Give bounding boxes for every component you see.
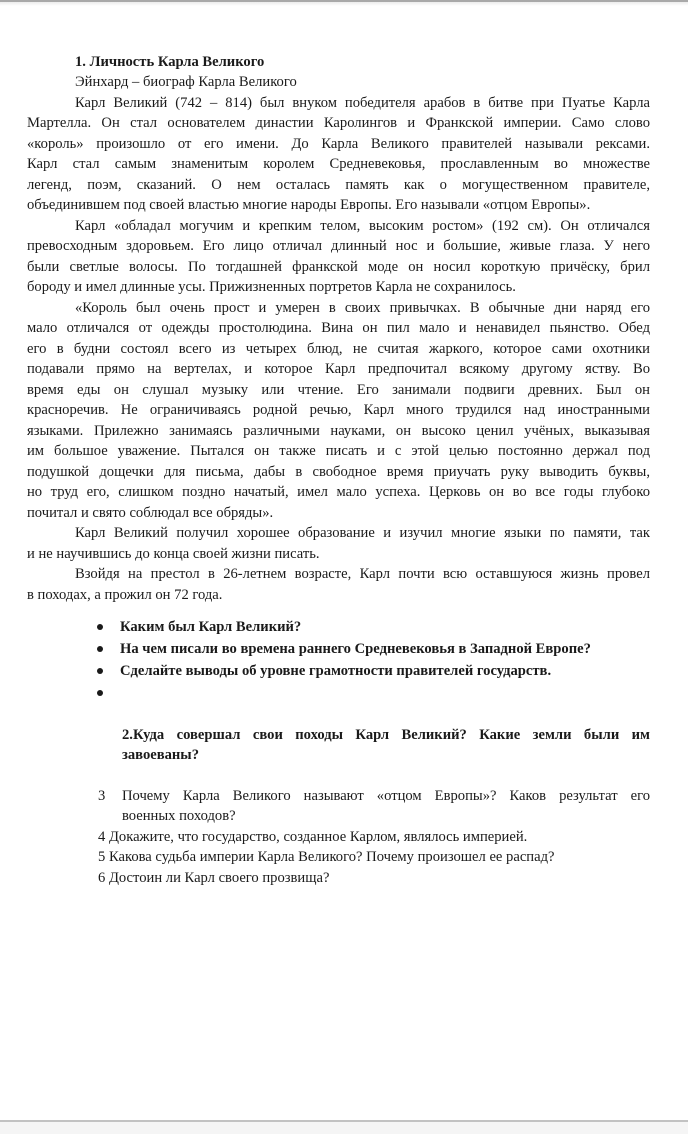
text-line: «король» произошло от его имени. До Карл…	[27, 134, 650, 154]
text-line: объединившем под своей властью многие на…	[27, 195, 590, 215]
question-3-line: Почему Карла Великого называют «отцом Ев…	[122, 786, 650, 806]
text-line: Карл Великий (742 – 814) был внуком побе…	[75, 93, 650, 113]
text-line: Карл Великий получил хорошее образование…	[75, 523, 650, 543]
text-line: подушкой дощечки для письма, дабы в своб…	[27, 462, 650, 482]
text-line: его в будни состоял всего из четырех блю…	[27, 339, 650, 359]
bullet-text: Каким был Карл Великий?	[120, 619, 301, 635]
text-line: Взойдя на престол в 26-летнем возрасте, …	[75, 564, 650, 584]
text-line: Карл стал самым знаменитым королем Средн…	[27, 154, 650, 174]
text-line: время еды он слушал музыку или чтение. Е…	[27, 380, 650, 400]
bullet-icon	[97, 646, 103, 652]
question-3-line: военных походов?	[122, 806, 236, 826]
text-line: красноречив. Не ограничиваясь родной реч…	[27, 400, 650, 420]
question-5: 5 Какова судьба империи Карла Великого? …	[98, 847, 555, 867]
question-4: 4 Докажите, что государство, созданное К…	[98, 827, 527, 847]
page-bottom-gutter	[0, 1122, 688, 1134]
text-line: языками. Прилежно занимаясь различными н…	[27, 421, 650, 441]
section-heading: 1. Личность Карла Великого	[75, 52, 264, 72]
bullet-item: Сделайте выводы об уровне грамотности пр…	[97, 661, 551, 681]
text-line: в походах, а прожил он 72 года.	[27, 585, 222, 605]
text-line: но труд его, слишком поздно начатый, име…	[27, 482, 650, 502]
question-2-line: завоеваны?	[122, 745, 650, 765]
text-line: им большое уважение. Пытался он также пи…	[27, 441, 650, 461]
text-line: были светлые волосы. По тогдашней франкс…	[27, 257, 650, 277]
text-line: «Король был очень прост и умерен в своих…	[75, 298, 650, 318]
section-subtitle: Эйнхард – биограф Карла Великого	[75, 72, 297, 92]
text-line: бороду и имел длинные усы. Прижизненных …	[27, 277, 516, 297]
document-page: 1. Личность Карла Великого Эйнхард – био…	[0, 0, 688, 1120]
bullet-item-empty	[97, 683, 120, 703]
text-line: Карл «обладал могучим и крепким телом, в…	[75, 216, 650, 236]
bullet-text: Сделайте выводы об уровне грамотности пр…	[120, 663, 551, 679]
text-line: и не научившись до конца своей жизни пис…	[27, 544, 320, 564]
bullet-item: Каким был Карл Великий?	[97, 617, 301, 637]
text-line: превосходным здоровьем. Его лицо отличал…	[27, 236, 650, 256]
text-line: почитал и свято соблюдал все обряды».	[27, 503, 273, 523]
question-6: 6 Достоин ли Карл своего прозвища?	[98, 868, 329, 888]
text-line: легенд, поэм, сказаний. О нем осталась п…	[27, 175, 650, 195]
question-number: 3	[98, 786, 105, 806]
bullet-icon	[97, 624, 103, 630]
text-line: мало отличался от одежды простолюдина. В…	[27, 318, 650, 338]
text-line: Мартелла. Он стал основателем династии К…	[27, 113, 650, 133]
bullet-icon	[97, 690, 103, 696]
bullet-text: На чем писали во времена раннего Среднев…	[120, 641, 591, 657]
question-2-line: 2.Куда совершал свои походы Карл Великий…	[122, 725, 650, 745]
text-line: подавали прямо на вертелах, и которое Ка…	[27, 359, 650, 379]
bullet-icon	[97, 668, 103, 674]
bullet-item: На чем писали во времена раннего Среднев…	[97, 639, 591, 659]
